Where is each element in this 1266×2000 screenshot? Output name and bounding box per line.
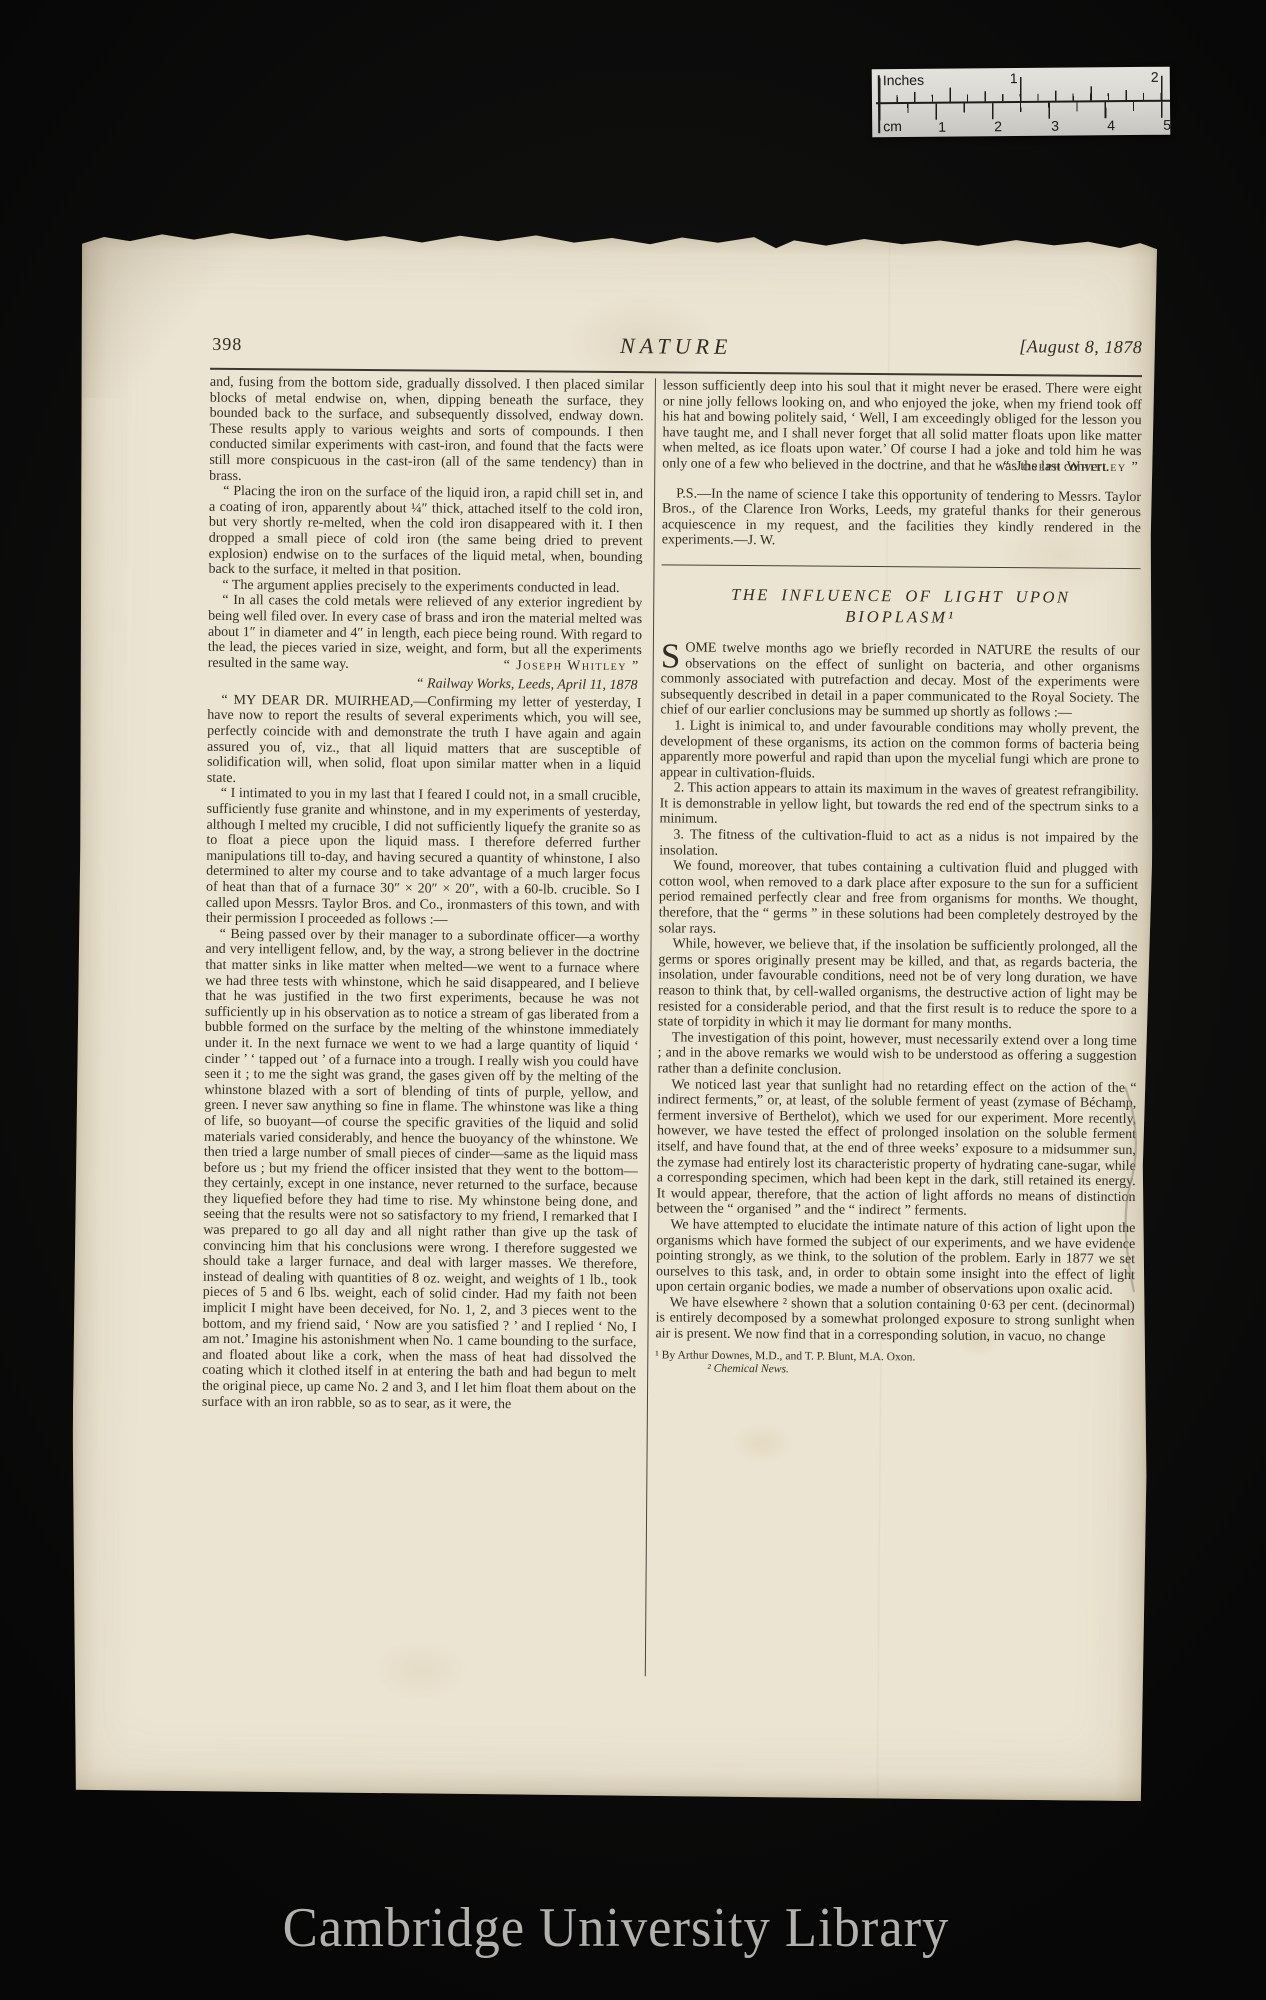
corner-fold-crease bbox=[81, 228, 272, 399]
paragraph-text: OME twelve months ago we briefly recorde… bbox=[660, 640, 1140, 720]
ruler-cm-number: 2 bbox=[994, 118, 1002, 134]
article-divider-rule bbox=[662, 564, 1141, 569]
column-divider-rule bbox=[645, 378, 656, 1676]
footnotes: ¹ By Arthur Downes, M.D., and T. P. Blun… bbox=[655, 1348, 1134, 1379]
paragraph: “ Placing the iron on the surface of the… bbox=[208, 484, 643, 581]
paragraph: and, fusing from the bottom side, gradua… bbox=[209, 375, 644, 488]
ruler-cm-number: 4 bbox=[1107, 117, 1115, 133]
ruler-cm-number: 1 bbox=[938, 119, 946, 135]
article-heading: THE INFLUENCE OF LIGHT UPON BIOPLASM¹ bbox=[661, 583, 1140, 629]
letter-dateline: “ Railway Works, Leeds, April 11, 1878 bbox=[208, 675, 642, 694]
library-stamp: Cambridge University Library bbox=[37, 1896, 1195, 1960]
ruler-cm-number: 3 bbox=[1051, 118, 1059, 134]
paragraph: We noticed last year that sunlight had n… bbox=[656, 1077, 1136, 1221]
ruler-cm-ticks bbox=[879, 102, 1170, 127]
paragraph: We found, moreover, that tubes containin… bbox=[659, 859, 1139, 941]
drop-cap: S bbox=[661, 640, 686, 669]
ruler-cm-label: cm bbox=[883, 118, 902, 134]
paragraph: “ Being passed over by their manager to … bbox=[202, 927, 640, 1414]
paragraph: P.S.—In the name of science I take this … bbox=[662, 486, 1141, 552]
paragraph: The investigation of this point, however… bbox=[658, 1030, 1137, 1081]
issue-date: [August 8, 1878 bbox=[1019, 336, 1142, 358]
paragraph: SOME twelve months ago we briefly record… bbox=[660, 640, 1140, 722]
paragraph: We have attempted to elucidate the intim… bbox=[656, 1217, 1136, 1299]
footnote: ² Chemical News. bbox=[707, 1362, 1134, 1379]
ruler-inches-label: Inches bbox=[883, 72, 924, 88]
paragraph: “ I intimated to you in my last that I f… bbox=[206, 786, 641, 930]
paragraph: While, however, we believe that, if the … bbox=[658, 937, 1138, 1034]
scanned-journal-page: 398 NATURE [August 8, 1878 and, fusing f… bbox=[70, 228, 1157, 1801]
page-header: 398 NATURE [August 8, 1878 bbox=[210, 324, 1142, 373]
article-title-line1: THE INFLUENCE OF LIGHT UPON bbox=[661, 583, 1140, 608]
ruler-cm-number: 5 bbox=[1163, 117, 1170, 133]
ruler-inch-number: 2 bbox=[1151, 69, 1159, 85]
paragraph: 2. This action appears to attain its max… bbox=[659, 781, 1138, 832]
left-column: and, fusing from the bottom side, gradua… bbox=[202, 375, 644, 1414]
paragraph: “ MY DEAR DR. MUIRHEAD,—Confirming my le… bbox=[207, 693, 642, 790]
article-title-line2: BIOPLASM¹ bbox=[661, 604, 1140, 629]
right-column: lesson sufficiently deep into his soul t… bbox=[655, 378, 1142, 1378]
paragraph: We have elsewhere ² shown that a solutio… bbox=[655, 1295, 1134, 1346]
ruler-inch-number: 1 bbox=[1010, 70, 1018, 86]
journal-title: NATURE bbox=[210, 330, 1142, 363]
measurement-ruler: Inches cm 1 2 1 2 3 4 5 bbox=[872, 67, 1171, 138]
paragraph: 3. The fitness of the cultivation-fluid … bbox=[659, 827, 1138, 862]
paragraph: 1. Light is inimical to, and under favou… bbox=[660, 718, 1139, 784]
library-scan-background: { "ruler": { "inches_label": "Inches", "… bbox=[0, 0, 1266, 2000]
